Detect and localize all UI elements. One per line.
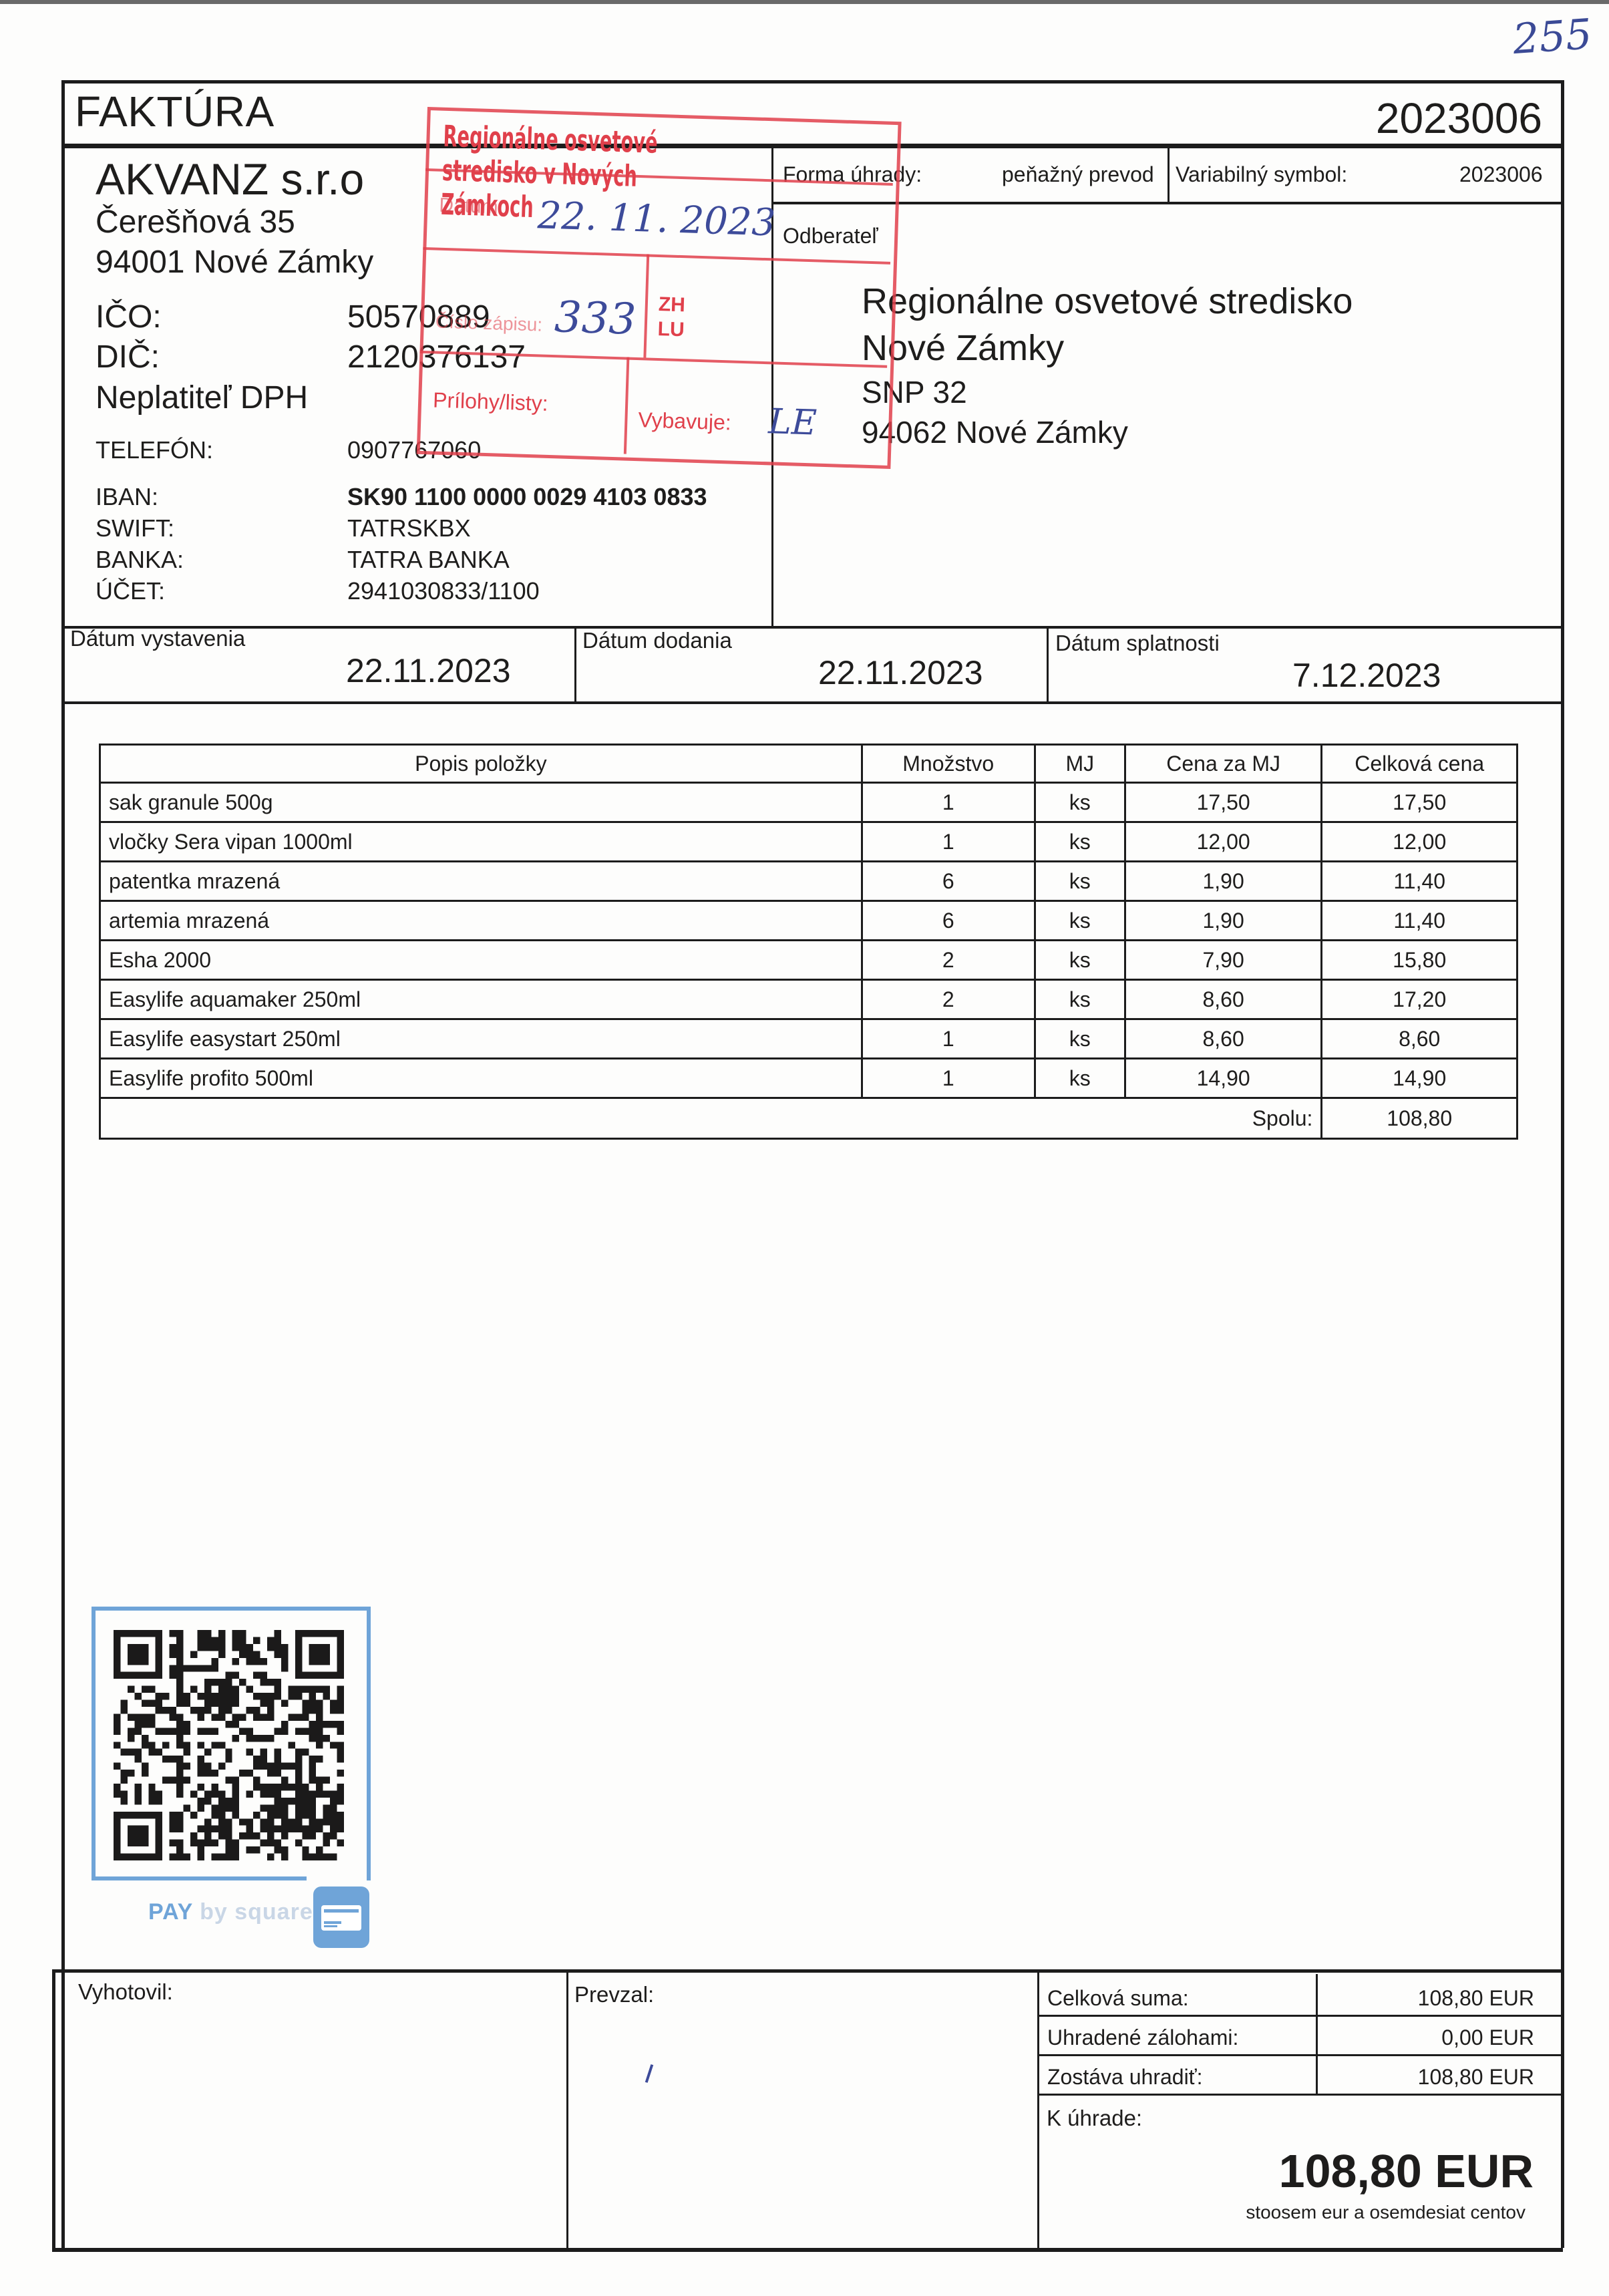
phone-value: 0907767060 (347, 436, 481, 464)
item-description: patentka mrazená (100, 862, 862, 901)
item-total: 11,40 (1322, 862, 1517, 901)
dic-label: DIČ: (96, 339, 160, 375)
item-unit-price: 12,00 (1125, 822, 1322, 862)
delivery-date-value: 22.11.2023 (818, 653, 983, 692)
to-pay-label: K úhrade: (1047, 2106, 1142, 2131)
issue-date-value: 22.11.2023 (346, 651, 511, 690)
item-description: Easylife aquamaker 250ml (100, 980, 862, 1019)
item-total: 14,90 (1322, 1059, 1517, 1098)
divider (771, 146, 773, 628)
supplier-city: 94001 Nové Zámky (96, 244, 373, 281)
item-quantity: 1 (862, 1059, 1035, 1098)
pay-by-square-label: PAY by square (148, 1899, 313, 1925)
bank-label: BANKA: (96, 546, 184, 574)
invoice-header-frame (61, 80, 1564, 148)
table-row: Easylife easystart 250ml1ks8,608,60 (100, 1019, 1517, 1059)
to-pay-amount: 108,80 EUR (1279, 2144, 1534, 2198)
to-pay-words: stoosem eur a osemdesiat centov (1246, 2202, 1526, 2223)
divider (574, 626, 576, 703)
table-total-row: Spolu: 108,80 (100, 1098, 1517, 1139)
issue-date-label: Dátum vystavenia (70, 626, 245, 651)
invoice-body-frame (61, 144, 1564, 2248)
item-unit-price: 8,60 (1125, 980, 1322, 1019)
item-unit: ks (1035, 822, 1125, 862)
swift-label: SWIFT: (96, 514, 174, 542)
document-title: FAKTÚRA (75, 87, 275, 136)
pay-text: PAY (148, 1899, 193, 1925)
variable-symbol-value: 2023006 (1459, 162, 1543, 187)
ico-value: 50570889 (347, 299, 490, 335)
items-table: Popis položky Množstvo MJ Cena za MJ Cel… (99, 744, 1518, 1140)
item-quantity: 6 (862, 862, 1035, 901)
dic-value: 2120376137 (347, 339, 526, 375)
item-unit-price: 7,90 (1125, 941, 1322, 980)
divider (1037, 2054, 1563, 2056)
table-row: Easylife profito 500ml1ks14,9014,90 (100, 1059, 1517, 1098)
phone-label: TELEFÓN: (96, 436, 213, 464)
table-row: vločky Sera vipan 1000ml1ks12,0012,00 (100, 822, 1517, 862)
divider (1037, 1972, 1039, 2250)
table-row: artemia mrazená6ks1,9011,40 (100, 901, 1517, 941)
table-row: Esha 20002ks7,9015,80 (100, 941, 1517, 980)
item-description: Easylife profito 500ml (100, 1059, 862, 1098)
swift-value: TATRSKBX (347, 514, 471, 542)
scan-edge (0, 0, 1609, 4)
col-total-price: Celková cena (1322, 745, 1517, 783)
iban-value: SK90 1100 0000 0029 4103 0833 (347, 483, 707, 511)
vat-status: Neplatiteľ DPH (96, 379, 308, 416)
ico-label: IČO: (96, 299, 162, 335)
item-description: Easylife easystart 250ml (100, 1019, 862, 1059)
item-unit-price: 1,90 (1125, 901, 1322, 941)
item-unit-price: 14,90 (1125, 1059, 1322, 1098)
divider (52, 1969, 1563, 1973)
col-description: Popis položky (100, 745, 862, 783)
table-row: patentka mrazená6ks1,9011,40 (100, 862, 1517, 901)
col-unit-price: Cena za MJ (1125, 745, 1322, 783)
item-unit: ks (1035, 1059, 1125, 1098)
item-description: artemia mrazená (100, 901, 862, 941)
divider (566, 1971, 568, 2250)
item-quantity: 1 (862, 783, 1035, 822)
item-description: Esha 2000 (100, 941, 862, 980)
summary-value: 108,80 EUR (1418, 1986, 1534, 2011)
summary-value: 0,00 EUR (1441, 2025, 1534, 2050)
item-total: 17,20 (1322, 980, 1517, 1019)
item-total: 12,00 (1322, 822, 1517, 862)
summary-label: Zostáva uhradiť: (1047, 2065, 1203, 2090)
divider (1047, 628, 1049, 704)
item-quantity: 6 (862, 901, 1035, 941)
item-unit: ks (1035, 862, 1125, 901)
payment-method-value: peňažný prevod (1002, 162, 1154, 187)
divider (1316, 1974, 1318, 2094)
total-value: 108,80 (1322, 1098, 1517, 1139)
due-date-value: 7.12.2023 (1292, 656, 1441, 695)
summary-label: Uhradené zálohami: (1047, 2025, 1238, 2050)
divider (1037, 2094, 1563, 2096)
prepared-by-label: Vyhotovil: (78, 1979, 173, 2005)
divider (52, 2248, 1563, 2252)
col-unit: MJ (1035, 745, 1125, 783)
item-total: 17,50 (1322, 783, 1517, 822)
customer-name-line2: Nové Zámky (862, 327, 1064, 369)
received-by-label: Prevzal: (574, 1982, 654, 2007)
item-total: 15,80 (1322, 941, 1517, 980)
variable-symbol-label: Variabilný symbol: (1176, 162, 1347, 187)
item-unit: ks (1035, 901, 1125, 941)
item-unit: ks (1035, 1019, 1125, 1059)
item-quantity: 1 (862, 1019, 1035, 1059)
customer-label: Odberateľ (783, 224, 878, 249)
item-unit-price: 8,60 (1125, 1019, 1322, 1059)
handwritten-page-number: 255 (1511, 9, 1594, 63)
divider (63, 626, 1563, 629)
item-description: vločky Sera vipan 1000ml (100, 822, 862, 862)
invoice-number: 2023006 (1376, 94, 1542, 143)
item-unit: ks (1035, 941, 1125, 980)
item-unit: ks (1035, 783, 1125, 822)
item-total: 8,60 (1322, 1019, 1517, 1059)
qr-code (114, 1630, 344, 1860)
account-value: 2941030833/1100 (347, 577, 540, 605)
item-quantity: 2 (862, 980, 1035, 1019)
summary-label: Celková suma: (1047, 1986, 1189, 2011)
divider (1037, 2015, 1563, 2017)
qr-frame-bottom (92, 1876, 307, 1880)
item-unit-price: 17,50 (1125, 783, 1322, 822)
customer-city: 94062 Nové Zámky (862, 414, 1128, 450)
due-date-label: Dátum splatnosti (1055, 631, 1220, 656)
divider (52, 1971, 55, 2250)
col-quantity: Množstvo (862, 745, 1035, 783)
divider (1168, 146, 1170, 203)
delivery-date-label: Dátum dodania (582, 628, 732, 653)
payment-method-label: Forma úhrady: (783, 162, 922, 187)
item-quantity: 2 (862, 941, 1035, 980)
table-row: sak granule 500g1ks17,5017,50 (100, 783, 1517, 822)
account-label: ÚČET: (96, 577, 165, 605)
supplier-name: AKVANZ s.r.o (96, 154, 364, 204)
item-total: 11,40 (1322, 901, 1517, 941)
by-square-text: by square (200, 1899, 313, 1925)
table-header-row: Popis položky Množstvo MJ Cena za MJ Cel… (100, 745, 1517, 783)
table-row: Easylife aquamaker 250ml2ks8,6017,20 (100, 980, 1517, 1019)
customer-street: SNP 32 (862, 374, 967, 410)
divider (63, 701, 1563, 704)
iban-label: IBAN: (96, 483, 158, 511)
total-label: Spolu: (1125, 1098, 1322, 1139)
item-unit-price: 1,90 (1125, 862, 1322, 901)
customer-name-line1: Regionálne osvetové stredisko (862, 281, 1353, 322)
bank-value: TATRA BANKA (347, 546, 510, 574)
card-icon (313, 1887, 369, 1948)
item-quantity: 1 (862, 822, 1035, 862)
item-description: sak granule 500g (100, 783, 862, 822)
summary-value: 108,80 EUR (1418, 2065, 1534, 2090)
item-unit: ks (1035, 980, 1125, 1019)
supplier-street: Čerešňová 35 (96, 204, 295, 240)
